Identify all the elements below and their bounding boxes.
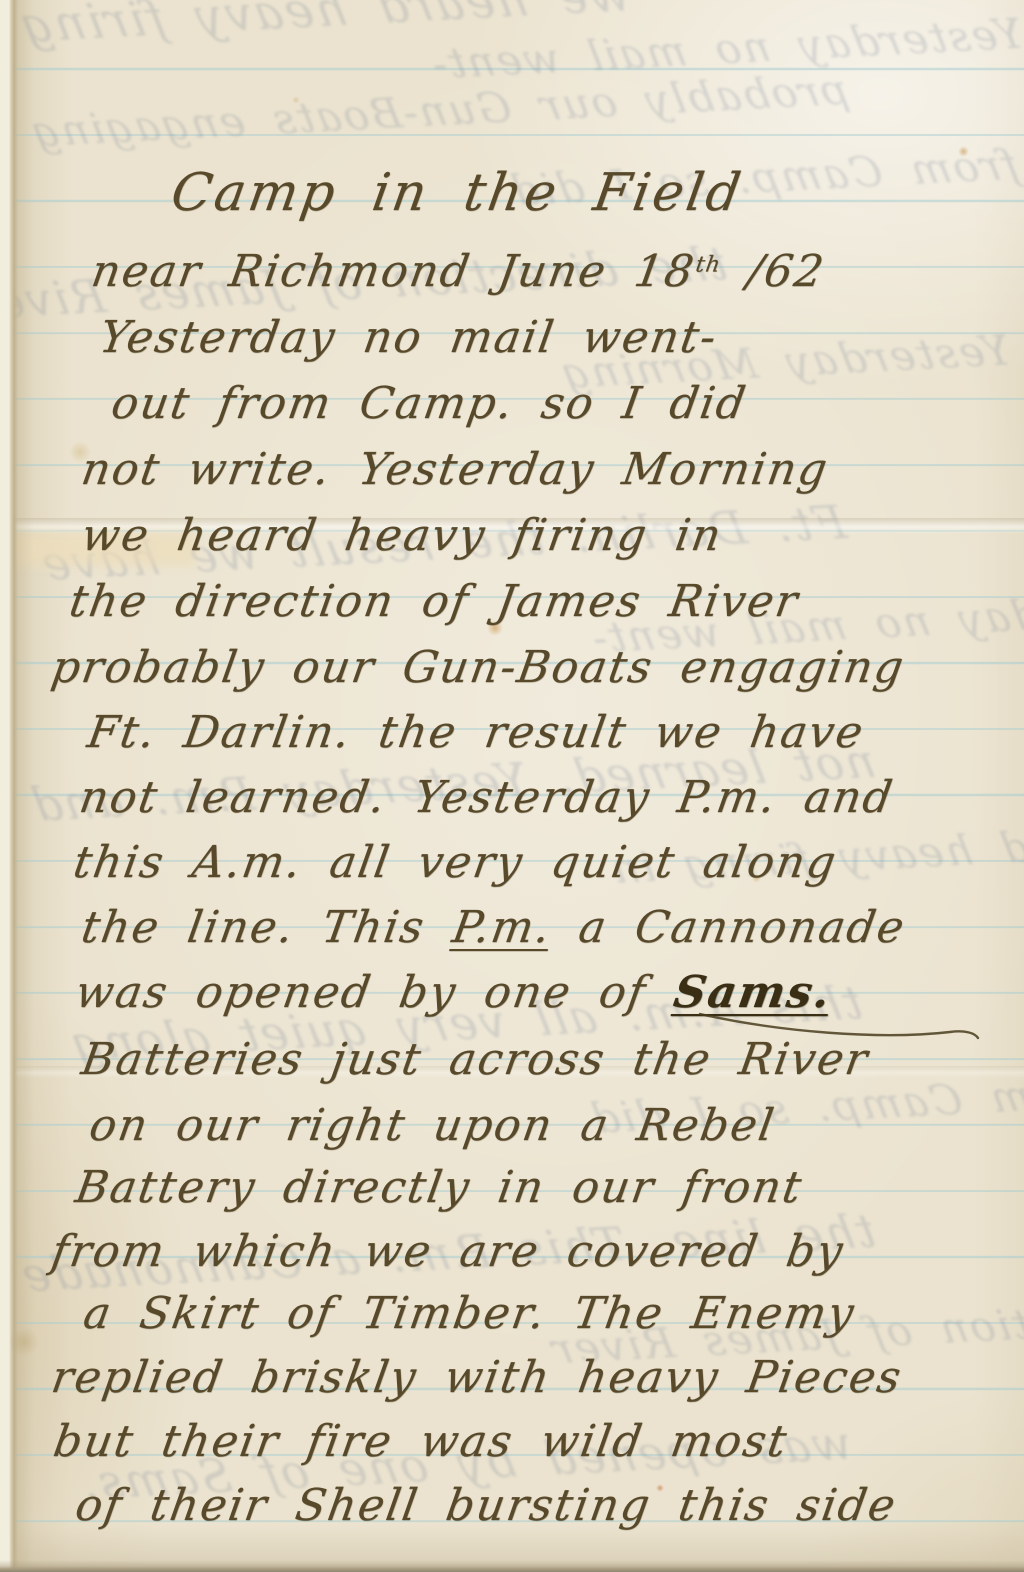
handwriting-line: out from Camp. so I did <box>108 378 751 429</box>
handwriting-segment: near Richmond June 18 <box>88 246 699 297</box>
handwriting-line: probably our Gun-Boats engaging <box>48 642 909 693</box>
handwriting-segment: but their fire was wild most <box>50 1416 792 1467</box>
handwriting-line: the direction of James River <box>66 576 803 627</box>
handwriting-segment: replied briskly with heavy Pieces <box>48 1352 906 1403</box>
handwriting-line: near Richmond June 18th /62 <box>88 246 829 297</box>
handwriting-segment: Sams. <box>670 967 835 1018</box>
handwriting-line: not write. Yesterday Morning <box>78 444 832 495</box>
handwriting-line: of their Shell bursting this side <box>72 1480 901 1531</box>
handwriting-segment: was opened by one of <box>72 967 678 1018</box>
handwriting-line: the line. This P.m. a Cannonade <box>78 902 909 953</box>
handwriting-line: Ft. Darlin. the result we have <box>84 707 868 758</box>
handwriting-segment: the direction of James River <box>66 576 803 627</box>
handwriting-segment: not learned. Yesterday P.m. and <box>76 772 897 823</box>
handwriting-segment: /62 <box>716 246 829 297</box>
handwriting-segment: a Cannonade <box>547 902 909 953</box>
handwriting-segment: Ft. Darlin. the result we have <box>84 707 868 758</box>
handwriting-segment: this A.m. all very quiet along <box>70 837 841 888</box>
handwriting-line: a Skirt of Timber. The Enemy <box>80 1288 859 1339</box>
handwriting-segment: on our right upon a Rebel <box>86 1100 779 1151</box>
handwriting-segment: from which we are covered by <box>48 1226 848 1277</box>
handwriting-segment: probably our Gun-Boats engaging <box>48 642 909 693</box>
handwriting-segment: the line. This <box>78 902 457 953</box>
handwriting-line: Yesterday no mail went- <box>96 312 721 363</box>
letter-page: we heard heavy firing inYesterday no mai… <box>0 0 1024 1572</box>
handwriting-line: Batteries just across the River <box>78 1034 873 1085</box>
handwriting-layer: Camp in the Fieldnear Richmond June 18th… <box>0 0 1024 1572</box>
handwriting-segment: Battery directly in our front <box>72 1162 807 1213</box>
handwriting-segment: Batteries just across the River <box>78 1034 873 1085</box>
handwriting-line: replied briskly with heavy Pieces <box>48 1352 906 1403</box>
handwriting-line: Camp in the Field <box>167 163 747 223</box>
handwriting-segment: P.m. <box>449 902 555 953</box>
handwriting-segment: a Skirt of Timber. The Enemy <box>80 1288 859 1339</box>
handwriting-segment: Yesterday no mail went- <box>96 312 721 363</box>
handwriting-line: was opened by one of Sams. <box>72 967 835 1018</box>
handwriting-line: on our right upon a Rebel <box>86 1100 779 1151</box>
handwriting-line: this A.m. all very quiet along <box>70 837 841 888</box>
handwriting-line: we heard heavy firing in <box>78 510 726 561</box>
handwriting-segment: we heard heavy firing in <box>78 510 726 561</box>
handwriting-segment: not write. Yesterday Morning <box>78 444 832 495</box>
handwriting-segment: of their Shell bursting this side <box>72 1480 901 1531</box>
handwriting-segment: Camp in the Field <box>167 163 747 223</box>
handwriting-segment: out from Camp. so I did <box>108 378 751 429</box>
handwriting-line: from which we are covered by <box>48 1226 848 1277</box>
handwriting-line: but their fire was wild most <box>50 1416 792 1467</box>
handwriting-line: Battery directly in our front <box>72 1162 807 1213</box>
handwriting-line: not learned. Yesterday P.m. and <box>76 772 897 823</box>
